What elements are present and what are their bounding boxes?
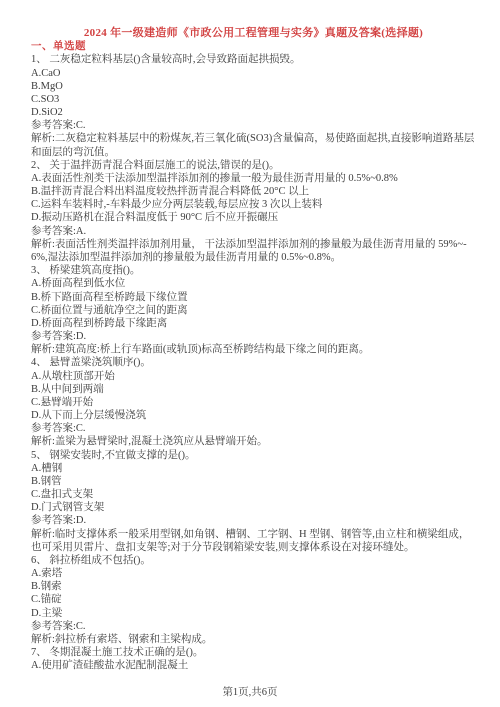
option-d: D.从下而上分层缓慢浇筑 (31, 409, 476, 422)
question-6: 6、 斜拉桥组成不包括()。 A.索塔 B.钢索 C.锚碇 D.主梁 参考答案:… (31, 554, 476, 646)
question-2: 2、 关于温拌沥青混合料面层施工的说法,错误的是()。 A.表面活性剂类干法添加… (31, 159, 476, 264)
answer-line: 参考答案:C. (31, 119, 476, 132)
analysis-line: 解析:盖梁为悬臂梁时,混凝土浇筑应从悬臂端开始。 (31, 435, 476, 448)
question-7: 7、 冬期混凝土施工技术正确的是()。 A.使用矿渣硅酸盐水泥配制混凝土 (31, 646, 476, 672)
option-b: B.桥下路面高程至桥跨最下缘位置 (31, 291, 476, 304)
answer-line: 参考答案:C. (31, 620, 476, 633)
question-stem: 7、 冬期混凝土施工技术正确的是()。 (31, 646, 476, 659)
option-a: A.使用矿渣硅酸盐水泥配制混凝土 (31, 659, 476, 672)
option-c: C.桥面位置与通航净空之间的距离 (31, 304, 476, 317)
analysis-line: 解析:临时支撑体系一般采用型钢,如角钢、槽钢、工字钢、H 型钢、钢管等,由立柱和… (31, 528, 476, 554)
option-a: A.桥面高程到低水位 (31, 277, 476, 290)
question-5: 5、 钢梁安装时,不宜做支撑的是()。 A.槽钢 B.钢管 C.盘扣式支架 D.… (31, 449, 476, 554)
option-c: C.运料车装料时,-车料最少应分两层装载,每层应按 3 次以上装料 (31, 198, 476, 211)
answer-line: 参考答案:A. (31, 225, 476, 238)
analysis-line: 解析:建筑高度:桥上行车路面(或轨顶)标高至桥跨结构最下缘之间的距离。 (31, 343, 476, 356)
option-c: C.盘扣式支架 (31, 488, 476, 501)
option-a: A.CaO (31, 67, 476, 80)
page-title: 2024 年一级建造师《市政公用工程管理与实务》真题及答案(选择题) (31, 27, 476, 40)
question-stem: 1、 二灰稳定粒料基层()含量较高时,会导致路面起拱损毁。 (31, 53, 476, 66)
analysis-line: 解析:二灰稳定粒料基层中的粉煤灰,若三氧化硫(SO3)含量偏高，易使路面起拱,直… (31, 132, 476, 158)
option-b: B.温拌沥青混合料出料温度较热拌沥青混合料降低 20°C 以上 (31, 185, 476, 198)
question-stem: 6、 斜拉桥组成不包括()。 (31, 554, 476, 567)
option-a: A.槽钢 (31, 462, 476, 475)
question-4: 4、 悬臂盖梁浇筑顺序()。 A.从墩柱顶部开始 B.从中间到两端 C.悬臂端开… (31, 356, 476, 448)
question-stem: 5、 钢梁安装时,不宜做支撑的是()。 (31, 449, 476, 462)
option-a: A.从墩柱顶部开始 (31, 370, 476, 383)
section-heading: 一、单选题 (31, 40, 476, 53)
option-c: C.SO3 (31, 93, 476, 106)
option-b: B.从中间到两端 (31, 383, 476, 396)
answer-line: 参考答案:D. (31, 514, 476, 527)
option-d: D.门式钢管支架 (31, 501, 476, 514)
option-d: D.SiO2 (31, 106, 476, 119)
answer-line: 参考答案:D. (31, 330, 476, 343)
option-a: A.表面活性剂类干法添加型温拌添加剂的掺量一般为最佳沥青用量的 0.5%~0.8… (31, 172, 476, 185)
question-stem: 4、 悬臂盖梁浇筑顺序()。 (31, 356, 476, 369)
question-list: 1、 二灰稳定粒料基层()含量较高时,会导致路面起拱损毁。 A.CaO B.Mg… (31, 53, 476, 672)
option-c: C.悬臂端开始 (31, 396, 476, 409)
question-stem: 2、 关于温拌沥青混合料面层施工的说法,错误的是()。 (31, 159, 476, 172)
question-stem: 3、 桥梁建筑高度指()。 (31, 264, 476, 277)
option-c: C.锚碇 (31, 593, 476, 606)
question-3: 3、 桥梁建筑高度指()。 A.桥面高程到低水位 B.桥下路面高程至桥跨最下缘位… (31, 264, 476, 356)
option-a: A.索塔 (31, 567, 476, 580)
option-b: B.钢管 (31, 475, 476, 488)
exam-page: 2024 年一级建造师《市政公用工程管理与实务》真题及答案(选择题) 一、单选题… (0, 0, 500, 707)
analysis-line: 解析:斜拉桥有索塔、钢索和主梁构成。 (31, 633, 476, 646)
option-d: D.桥面高程到桥跨最下缘距离 (31, 317, 476, 330)
option-d: D.振动压路机在混合料温度低于 90°C 后不应开振碾压 (31, 211, 476, 224)
analysis-line: 解析:表面活性剂类温拌添加剂用量， 干法添加型温拌添加剂的掺量般为最佳沥青用量的… (31, 238, 476, 264)
question-1: 1、 二灰稳定粒料基层()含量较高时,会导致路面起拱损毁。 A.CaO B.Mg… (31, 53, 476, 158)
option-b: B.钢索 (31, 580, 476, 593)
option-b: B.MgO (31, 80, 476, 93)
answer-line: 参考答案:C. (31, 422, 476, 435)
page-footer: 第1页,共6页 (0, 686, 500, 699)
option-d: D.主梁 (31, 607, 476, 620)
